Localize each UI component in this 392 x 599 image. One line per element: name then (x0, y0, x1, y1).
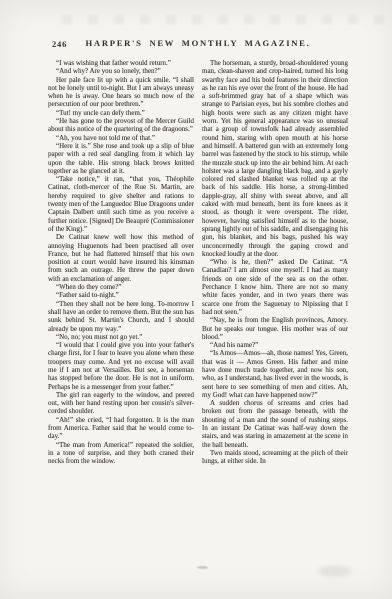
paragraph: “Ah!” she cried, “I had forgotten. It is… (48, 416, 194, 441)
paragraph: The girl ran eagerly to the window, and … (48, 391, 194, 416)
paragraph: Two maids stood, screaming at the pitch … (202, 449, 348, 466)
scan-artifact-band (62, 15, 384, 24)
paragraph: “Who is he, then?” asked De Catinat. “A … (202, 258, 348, 316)
magazine-page: 246 HARPER'S NEW MONTHLY MAGAZINE. “I wa… (0, 0, 392, 599)
paragraph: “Tut! my uncle can defy them.” (48, 109, 194, 117)
paragraph: “Here it is.” She rose and took up a sli… (48, 142, 194, 175)
paragraph: “When do they come?” (48, 283, 194, 291)
paragraph: “The man from America!” repeated the sol… (48, 441, 194, 466)
paragraph: “Ah, you have not told me of that.” (48, 134, 194, 142)
paragraph: De Catinat knew well how this method of … (48, 233, 194, 283)
text-column-left: “I was wishing that father would return.… (48, 59, 194, 535)
paragraph: “Is Amos—Amos—ah, those names! Yes, Gree… (202, 349, 348, 399)
text-body: “I was wishing that father would return.… (48, 59, 348, 535)
scan-artifact-blot (318, 566, 352, 576)
paragraph: “Nay, he is from the English provinces, … (202, 316, 348, 341)
magazine-title: HARPER'S NEW MONTHLY MAGAZINE. (48, 38, 348, 48)
paragraph: “Then they shall not be here long. To-mo… (48, 300, 194, 333)
paragraph: Her pale face lit up with a quick smile.… (48, 76, 194, 109)
text-column-right: The horseman, a sturdy, broad-shouldered… (202, 59, 348, 535)
paragraph: “He has gone to the provost of the Merce… (48, 117, 194, 134)
paragraph: “I was wishing that father would return.… (48, 59, 194, 67)
paragraph: “Father said to-night.” (48, 291, 194, 299)
page-number: 246 (52, 39, 67, 49)
paragraph: “And his name?” (202, 341, 348, 349)
paragraph: “Take notice,” it ran, “that you, Théoph… (48, 175, 194, 233)
paragraph: “No, no; you must not go yet.” (48, 333, 194, 341)
paragraph: The horseman, a sturdy, broad-shouldered… (202, 59, 348, 258)
running-head: 246 HARPER'S NEW MONTHLY MAGAZINE. (48, 38, 348, 50)
paragraph: “And why? Are you so lonely, then?” (48, 67, 194, 75)
paragraph: A sudden chorus of screams and cries had… (202, 399, 348, 449)
paragraph: “I would that I could give you into your… (48, 341, 194, 391)
scan-artifact-dash (197, 566, 208, 569)
